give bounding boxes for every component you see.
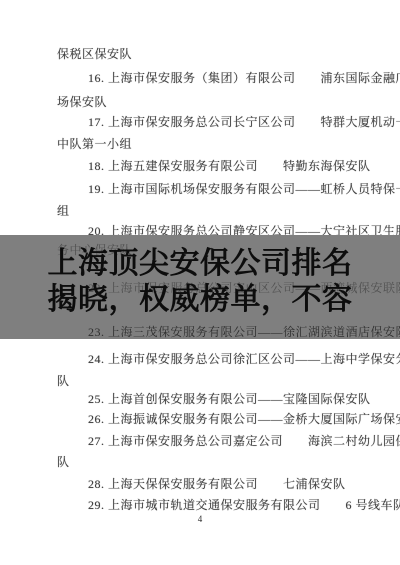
document-line: 组 (57, 202, 70, 219)
document-line: 队 (57, 372, 70, 389)
headline-line-2: 揭晓，权威榜单，不容 (0, 285, 400, 315)
page-number: 4 (0, 514, 400, 524)
document-line: 队 (57, 453, 70, 470)
document-line: 中队第一小组 (57, 135, 132, 152)
document-line: 25. 上海首创保安服务有限公司——宝隆国际保安队 (88, 390, 371, 407)
document-line: 保税区保安队 (57, 45, 132, 62)
document-line: 23. 上海三茂保安服务有限公司——徐汇湖滨道酒店保安队 (88, 323, 400, 340)
scanned-document-page: 保税区保安队 16. 上海市保安服务（集团）有限公司 浦东国际金融广 场保安队 … (0, 0, 400, 565)
document-line: 28. 上海天保保安服务有限公司 七浦保安队 (88, 475, 346, 492)
document-line: 16. 上海市保安服务（集团）有限公司 浦东国际金融广 (88, 69, 400, 86)
document-line: 19. 上海市国际机场保安服务有限公司——虹桥人员特保一 (88, 180, 400, 197)
document-line: 18. 上海五建保安服务有限公司 特勤东海保安队 (88, 157, 371, 174)
document-line: 24. 上海市保安服务总公司徐汇区公司——上海中学保安分 (88, 350, 400, 367)
document-line: 26. 上海振诚保安服务有限公司——金桥大厦国际广场保安队 (88, 410, 400, 427)
document-line: 17. 上海市保安服务总公司长宁区公司 特群大厦机动一 (88, 113, 400, 130)
document-line: 27. 上海市保安服务总公司嘉定公司 海滨二村幼儿园保 (88, 432, 400, 449)
document-line: 场保安队 (57, 93, 107, 110)
headline-line-1: 上海顶尖安保公司排名 (0, 249, 400, 279)
document-line: 29. 上海市城市轨道交通保安服务有限公司 6 号线车队西 (88, 496, 400, 513)
